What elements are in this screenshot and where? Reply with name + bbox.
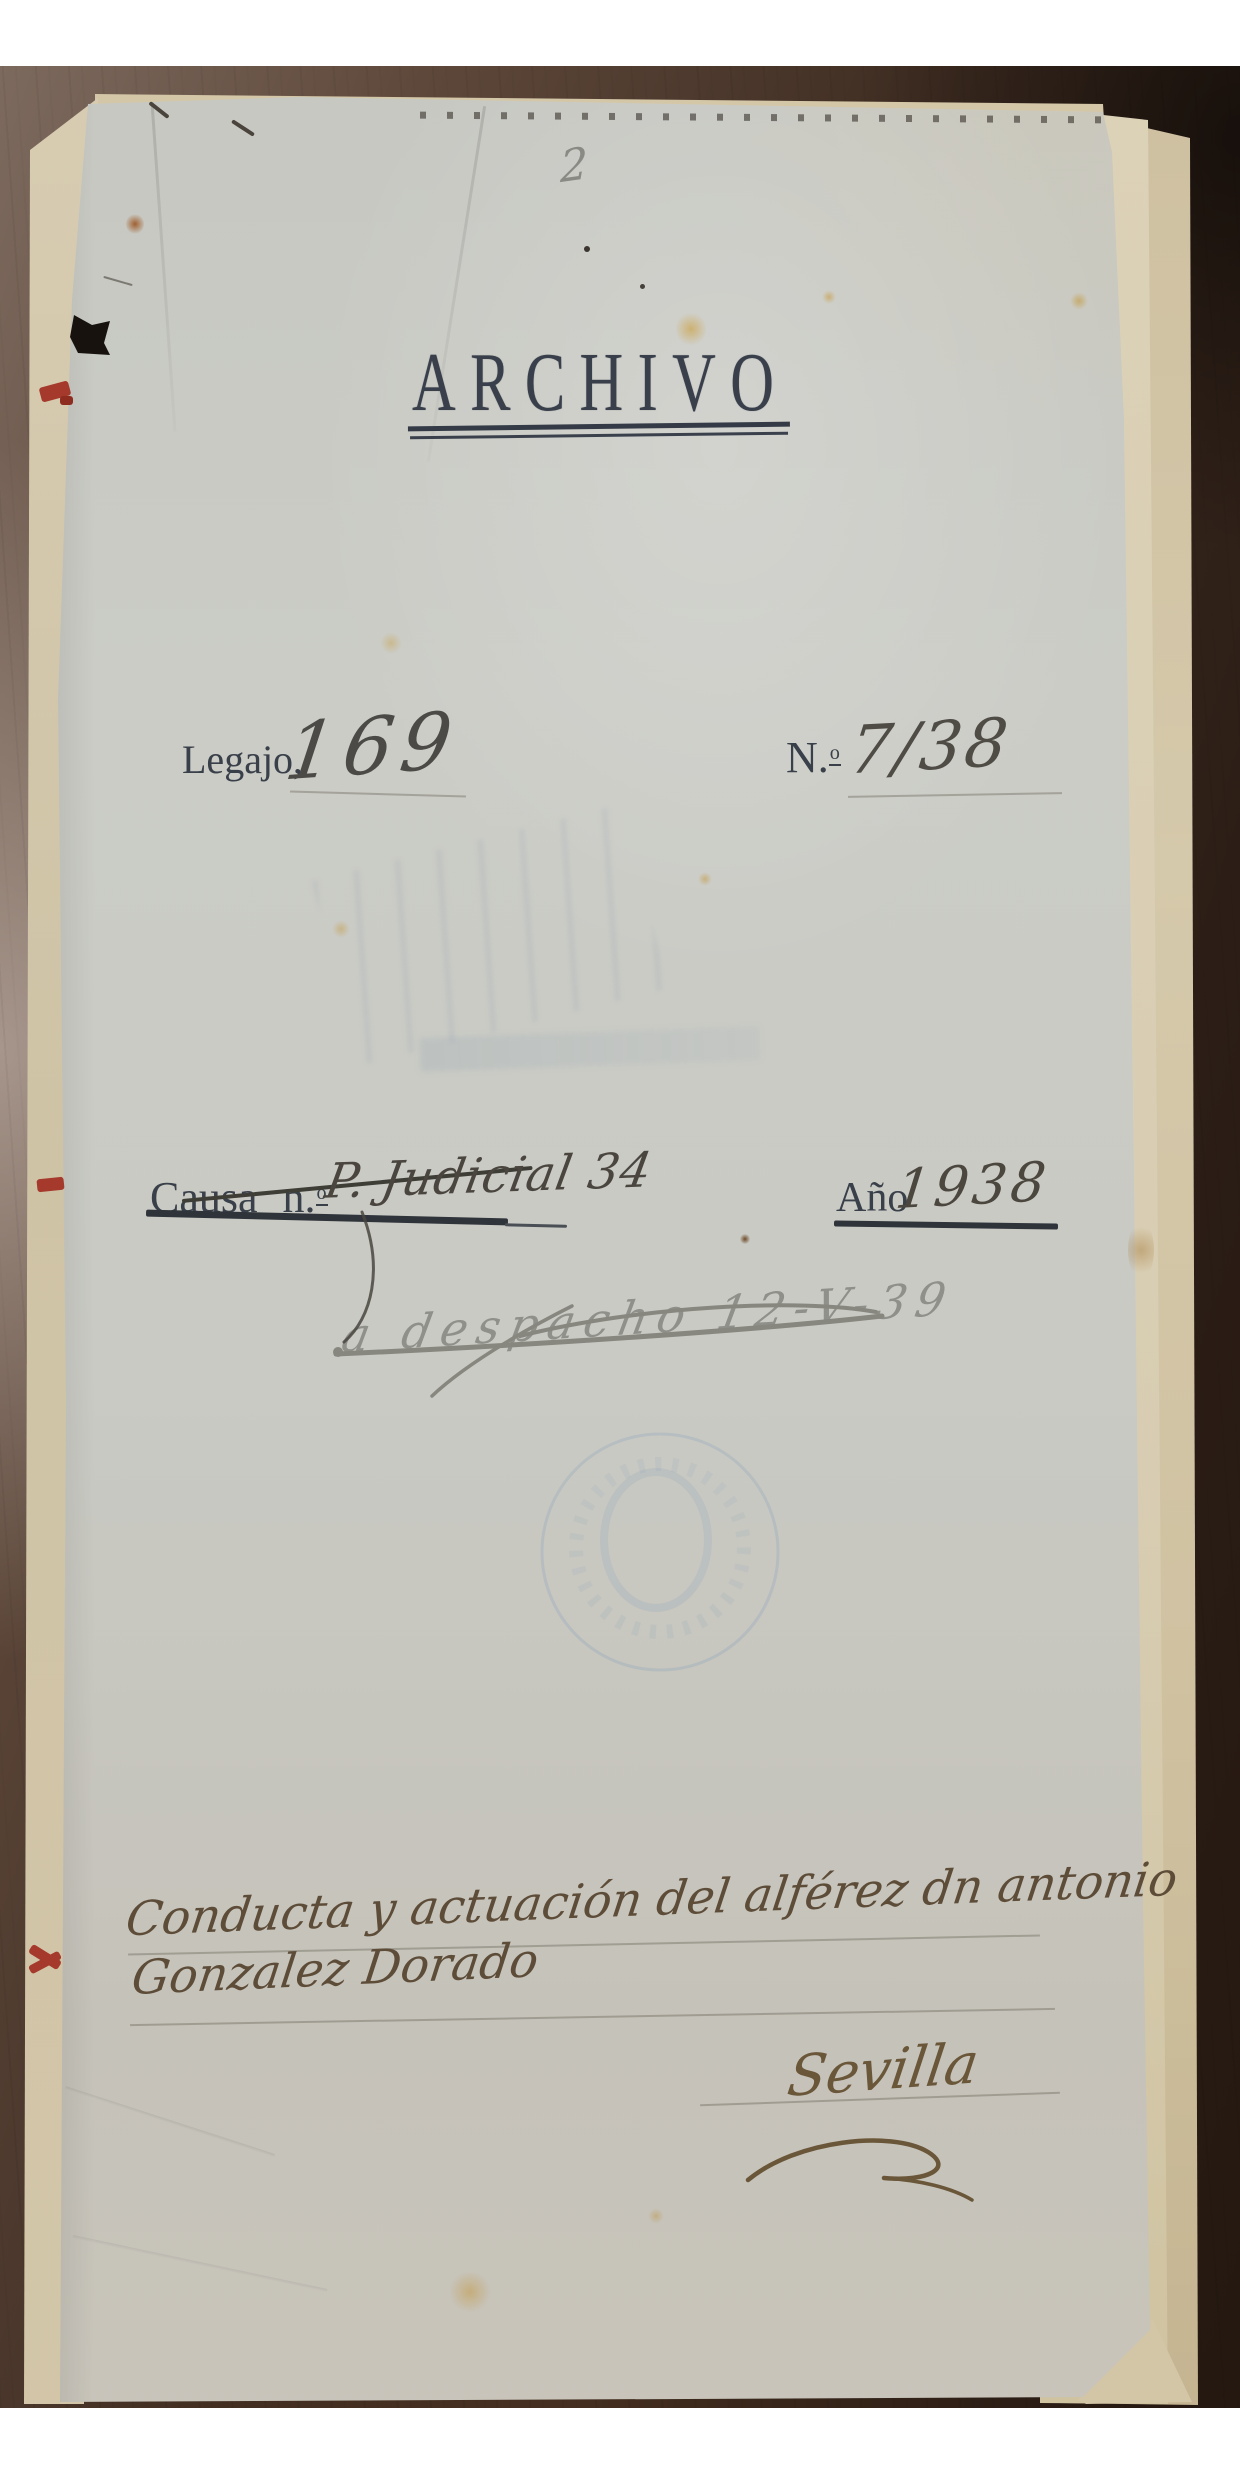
scratch-mark <box>103 276 132 286</box>
ruled-line <box>130 2008 1055 2026</box>
paper-stain <box>648 2208 664 2224</box>
ano-underline <box>834 1220 1058 1229</box>
staple-mark <box>148 101 169 119</box>
paper-stain <box>1070 292 1088 310</box>
causa-value-handwritten: P. Judicial 34 <box>321 1142 657 1210</box>
pencil-corner-mark: 2 <box>560 138 588 193</box>
perforated-top-edge <box>420 112 1104 124</box>
paper-stain <box>448 2272 492 2312</box>
crossed-out-pencil-note: a despacho 12-V-39 <box>338 1271 960 1363</box>
subject-line-1: Conducta y actuación del alférez dn anto… <box>123 1852 1181 1948</box>
document-title: ARCHIVO <box>412 334 788 431</box>
numero-label: N.o <box>786 732 841 783</box>
staple-mark <box>231 119 255 137</box>
causa-underline-extension <box>505 1223 567 1228</box>
page-content: 2 ARCHIVO Legajo, 169 N.o 7/38 Causa n.o… <box>0 0 1240 2479</box>
rust-stain <box>126 214 144 234</box>
legajo-value-handwritten: 169 <box>280 695 465 798</box>
paper-speck <box>584 246 590 252</box>
paper-stain <box>698 872 712 886</box>
title-underline <box>408 422 790 443</box>
paper-stain <box>822 290 836 304</box>
photo-bottom-margin <box>0 2408 1240 2479</box>
paper-stain <box>380 632 402 654</box>
archival-document-photo: 2 ARCHIVO Legajo, 169 N.o 7/38 Causa n.o… <box>0 0 1240 2479</box>
numero-value-handwritten: 7/38 <box>845 704 1015 790</box>
ano-value-handwritten: 1938 <box>892 1150 1053 1222</box>
paper-stain <box>332 920 350 938</box>
photo-top-margin <box>0 0 1240 66</box>
paper-speck <box>640 284 645 289</box>
paper-stain <box>740 1234 750 1244</box>
paper-stain <box>1128 1220 1154 1280</box>
numero-ordinal: o <box>829 742 841 766</box>
dotted-fill-line <box>848 792 1062 798</box>
